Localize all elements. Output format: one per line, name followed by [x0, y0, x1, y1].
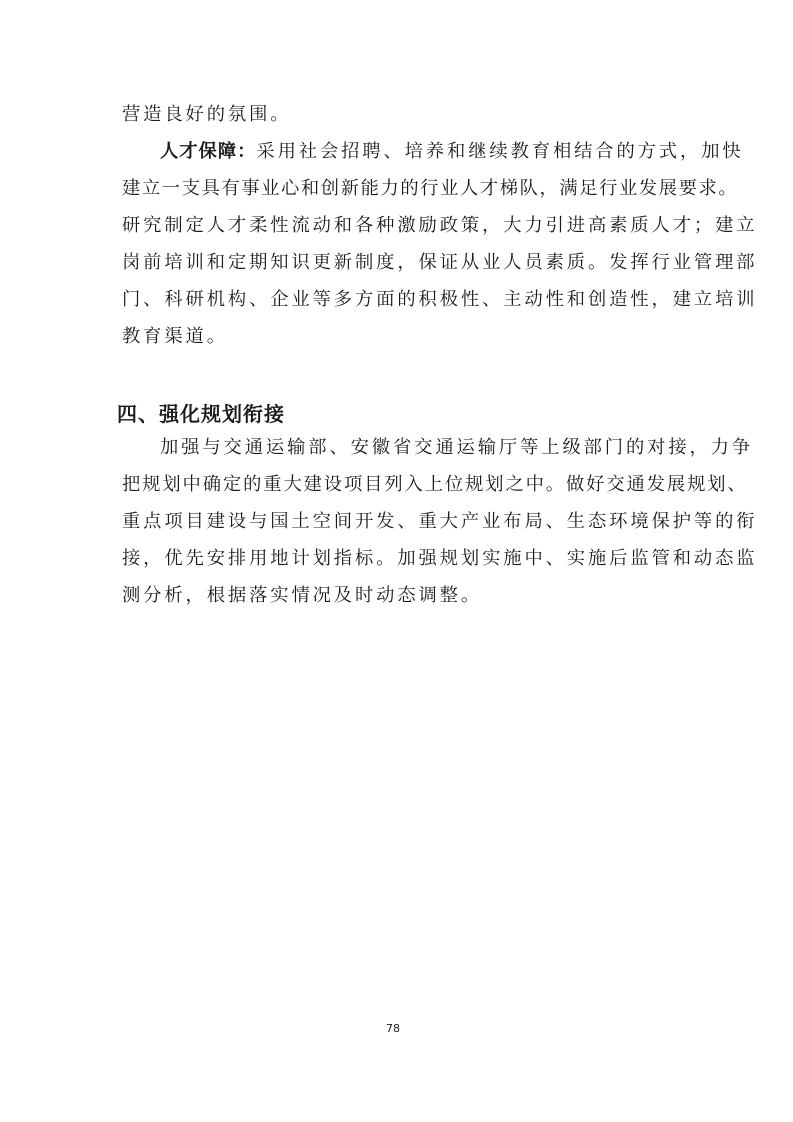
paragraph-line: 研究制定人才柔性流动和各种激励政策，大力引进高素质人才；建立: [122, 215, 757, 237]
section-heading: 四、强化规划衔接: [117, 398, 285, 427]
paragraph-line: 加强与交通运输部、安徽省交通运输厅等上级部门的对接，力争: [160, 437, 753, 459]
paragraph-line: 建立一支具有事业心和创新能力的行业人才梯队，满足行业发展要求。: [122, 178, 738, 200]
paragraph-line: 教育渠道。: [122, 326, 228, 348]
paragraph-line: 把规划中确定的重大建设项目列入上位规划之中。做好交通发展规划、: [122, 474, 748, 496]
page-number: 78: [386, 1022, 400, 1035]
paragraph-line: 重点项目建设与国土空间开发、重大产业布局、生态环境保护等的衔: [122, 511, 757, 533]
paragraph-line: 门、科研机构、企业等多方面的积极性、主动性和创造性，建立培训: [122, 289, 757, 311]
paragraph-line: 岗前培训和定期知识更新制度，保证从业人员素质。发挥行业管理部: [122, 252, 757, 274]
talent-guarantee-label: 人才保障：: [160, 141, 256, 162]
paragraph-line: 测分析，根据落实情况及时动态调整。: [122, 585, 482, 607]
paragraph-line: 营造良好的氛围。: [122, 104, 291, 126]
paragraph-line: 人才保障：采用社会招聘、培养和继续教育相结合的方式，加快: [160, 141, 744, 163]
paragraph-line: 接，优先安排用地计划指标。加强规划实施中、实施后监管和动态监: [122, 548, 757, 570]
paragraph-text: 采用社会招聘、培养和继续教育相结合的方式，加快: [256, 141, 743, 162]
